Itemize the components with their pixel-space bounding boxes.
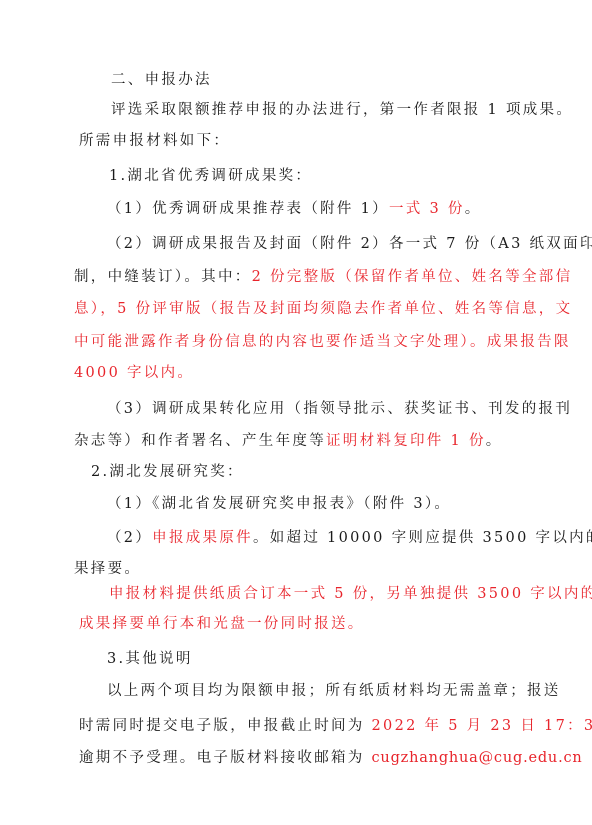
award2-note-line2: 成果择要单行本和光盘一份同时报送。 <box>79 614 365 634</box>
section-heading: 二、申报办法 <box>111 70 212 90</box>
other-line1: 以上两个项目均为限额申报；所有纸质材料均无需盖章；报送 <box>107 681 561 701</box>
award1-item2-line2-text: 制，中缝装订）。其中： <box>74 269 252 285</box>
award1-item3-line2-text: 杂志等）和作者署名、产生年度等 <box>74 433 326 449</box>
other-line3-text: 逾期不予受理。电子版材料接收邮箱为 <box>79 750 372 766</box>
award1-item1-text: （1）优秀调研成果推荐表（附件 1） <box>107 201 389 217</box>
award1-item1-highlight: 一式 3 份 <box>389 201 465 217</box>
award1-item3-line2-highlight: 证明材料复印件 1 份 <box>326 433 486 449</box>
award2-item2-prefix: （2） <box>107 530 152 546</box>
award1-item1: （1）优秀调研成果推荐表（附件 1）一式 3 份。 <box>107 199 482 219</box>
award1-item2-line3: 息），5 份评审版（报告及封面均须隐去作者单位、姓名等信息，文 <box>74 299 572 319</box>
award1-title: 1.湖北省优秀调研成果奖： <box>109 166 312 186</box>
award2-item2-suffix: 。如超过 10000 字则应提供 3500 字以内的成 <box>253 530 592 546</box>
award1-item2-line5: 4000 字以内。 <box>74 363 194 383</box>
award1-item2-line2: 制，中缝装订）。其中：2 份完整版（保留作者单位、姓名等全部信 <box>74 267 572 287</box>
other-title: 3.其他说明 <box>107 649 193 669</box>
award2-item1: （1）《湖北省发展研究奖申报表》（附件 3）。 <box>107 494 451 514</box>
other-line2-text: 时需同时提交电子版，申报截止时间为 <box>79 718 372 734</box>
award2-item2-line1: （2）申报成果原件。如超过 10000 字则应提供 3500 字以内的成 <box>107 528 592 548</box>
award1-item2-line2-highlight: 2 份完整版（保留作者单位、姓名等全部信 <box>252 269 573 285</box>
award1-item1-suffix: 。 <box>465 201 482 217</box>
other-line3: 逾期不予受理。电子版材料接收邮箱为 cugzhanghua@cug.edu.cn <box>79 748 583 768</box>
deadline-highlight: 2022 年 5 月 23 日 17：30 <box>372 718 592 734</box>
intro-line-1: 评选采取限额推荐申报的办法进行，第一作者限报 1 项成果。 <box>111 100 573 120</box>
award2-item2-line2: 果择要。 <box>74 559 141 579</box>
other-line2: 时需同时提交电子版，申报截止时间为 2022 年 5 月 23 日 17：30， <box>79 716 592 736</box>
award2-note-line1: 申报材料提供纸质合订本一式 5 份，另单独提供 3500 字以内的 <box>109 584 592 604</box>
document-page: 二、申报办法 评选采取限额推荐申报的办法进行，第一作者限报 1 项成果。 所需申… <box>0 0 592 825</box>
award1-item3-line2-suffix: 。 <box>486 433 503 449</box>
intro-line-2: 所需申报材料如下： <box>79 131 230 151</box>
award1-item3-line2: 杂志等）和作者署名、产生年度等证明材料复印件 1 份。 <box>74 431 503 451</box>
award1-item3-line1: （3）调研成果转化应用（指领导批示、获奖证书、刊发的报刊 <box>107 399 572 419</box>
award2-title: 2.湖北发展研究奖： <box>91 462 244 482</box>
email-link[interactable]: cugzhanghua@cug.edu.cn <box>372 750 583 766</box>
award1-item2-line4: 中可能泄露作者身份信息的内容也要作适当文字处理）。成果报告限 <box>74 332 571 352</box>
award1-item2-line1: （2）调研成果报告及封面（附件 2）各一式 7 份（A3 纸双面印 <box>107 234 592 254</box>
award2-item2-highlight: 申报成果原件 <box>152 530 253 546</box>
